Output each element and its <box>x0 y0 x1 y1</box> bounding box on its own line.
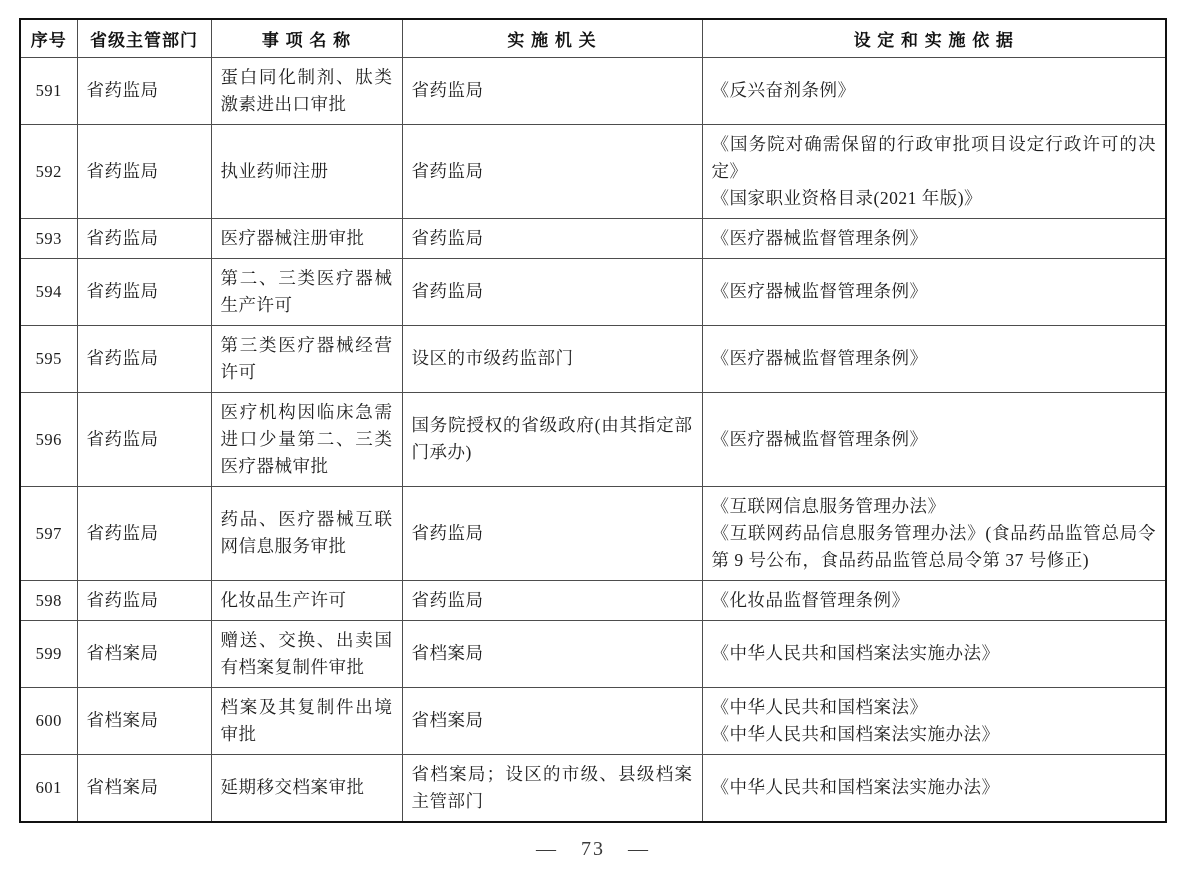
table-row: 596省药监局医疗机构因临床急需进口少量第二、三类医疗器械审批国务院授权的省级政… <box>20 392 1166 486</box>
cell-implementing-agency: 省药监局 <box>402 124 702 218</box>
cell-legal-basis: 《医疗器械监督管理条例》 <box>702 258 1166 325</box>
basis-line: 《互联网信息服务管理办法》 <box>712 493 1157 520</box>
table-row: 597省药监局药品、医疗器械互联网信息服务审批省药监局《互联网信息服务管理办法》… <box>20 486 1166 580</box>
cell-item-name: 医疗机构因临床急需进口少量第二、三类医疗器械审批 <box>211 392 402 486</box>
cell-implementing-agency: 省档案局 <box>402 620 702 687</box>
cell-item-name: 第二、三类医疗器械生产许可 <box>211 258 402 325</box>
table-body: 591省药监局蛋白同化制剂、肽类激素进出口审批省药监局《反兴奋剂条例》592省药… <box>20 57 1166 822</box>
document-page: 序号 省级主管部门 事 项 名 称 实 施 机 关 设 定 和 实 施 依 据 … <box>0 0 1186 883</box>
cell-provincial-department: 省药监局 <box>77 580 211 620</box>
cell-provincial-department: 省药监局 <box>77 486 211 580</box>
basis-line: 《化妆品监督管理条例》 <box>712 587 1157 614</box>
table-row: 595省药监局第三类医疗器械经营许可设区的市级药监部门《医疗器械监督管理条例》 <box>20 325 1166 392</box>
table-header: 序号 省级主管部门 事 项 名 称 实 施 机 关 设 定 和 实 施 依 据 <box>20 19 1166 57</box>
cell-legal-basis: 《中华人民共和国档案法》《中华人民共和国档案法实施办法》 <box>702 687 1166 754</box>
header-provincial-department: 省级主管部门 <box>77 19 211 57</box>
cell-implementing-agency: 国务院授权的省级政府(由其指定部门承办) <box>402 392 702 486</box>
cell-implementing-agency: 省药监局 <box>402 218 702 258</box>
basis-line: 《反兴奋剂条例》 <box>712 77 1157 104</box>
cell-item-name: 第三类医疗器械经营许可 <box>211 325 402 392</box>
basis-line: 《互联网药品信息服务管理办法》(食品药品监管总局令第 9 号公布，食品药品监管总… <box>712 520 1157 574</box>
table-header-row: 序号 省级主管部门 事 项 名 称 实 施 机 关 设 定 和 实 施 依 据 <box>20 19 1166 57</box>
cell-serial-number: 594 <box>20 258 77 325</box>
basis-line: 《医疗器械监督管理条例》 <box>712 225 1157 252</box>
basis-line: 《中华人民共和国档案法》 <box>712 694 1157 721</box>
cell-implementing-agency: 省药监局 <box>402 57 702 124</box>
cell-implementing-agency: 省药监局 <box>402 580 702 620</box>
cell-item-name: 档案及其复制件出境审批 <box>211 687 402 754</box>
cell-implementing-agency: 省药监局 <box>402 258 702 325</box>
basis-line: 《国家职业资格目录(2021 年版)》 <box>712 185 1157 212</box>
basis-line: 《医疗器械监督管理条例》 <box>712 278 1157 305</box>
cell-legal-basis: 《反兴奋剂条例》 <box>702 57 1166 124</box>
basis-line: 《中华人民共和国档案法实施办法》 <box>712 721 1157 748</box>
cell-legal-basis: 《互联网信息服务管理办法》《互联网药品信息服务管理办法》(食品药品监管总局令第 … <box>702 486 1166 580</box>
header-legal-basis: 设 定 和 实 施 依 据 <box>702 19 1166 57</box>
cell-item-name: 化妆品生产许可 <box>211 580 402 620</box>
cell-serial-number: 592 <box>20 124 77 218</box>
cell-provincial-department: 省药监局 <box>77 258 211 325</box>
page-number: — 73 — <box>0 838 1186 861</box>
table-row: 598省药监局化妆品生产许可省药监局《化妆品监督管理条例》 <box>20 580 1166 620</box>
cell-provincial-department: 省药监局 <box>77 218 211 258</box>
cell-item-name: 药品、医疗器械互联网信息服务审批 <box>211 486 402 580</box>
cell-provincial-department: 省档案局 <box>77 687 211 754</box>
cell-item-name: 赠送、交换、出卖国有档案复制件审批 <box>211 620 402 687</box>
cell-implementing-agency: 省档案局 <box>402 687 702 754</box>
cell-item-name: 蛋白同化制剂、肽类激素进出口审批 <box>211 57 402 124</box>
cell-item-name: 执业药师注册 <box>211 124 402 218</box>
approval-items-table: 序号 省级主管部门 事 项 名 称 实 施 机 关 设 定 和 实 施 依 据 … <box>19 18 1167 823</box>
table-row: 591省药监局蛋白同化制剂、肽类激素进出口审批省药监局《反兴奋剂条例》 <box>20 57 1166 124</box>
basis-line: 《中华人民共和国档案法实施办法》 <box>712 640 1157 667</box>
basis-line: 《医疗器械监督管理条例》 <box>712 345 1157 372</box>
cell-legal-basis: 《中华人民共和国档案法实施办法》 <box>702 754 1166 822</box>
cell-legal-basis: 《医疗器械监督管理条例》 <box>702 325 1166 392</box>
table-row: 593省药监局医疗器械注册审批省药监局《医疗器械监督管理条例》 <box>20 218 1166 258</box>
cell-implementing-agency: 省药监局 <box>402 486 702 580</box>
cell-provincial-department: 省档案局 <box>77 620 211 687</box>
basis-line: 《医疗器械监督管理条例》 <box>712 426 1157 453</box>
table-row: 599省档案局赠送、交换、出卖国有档案复制件审批省档案局《中华人民共和国档案法实… <box>20 620 1166 687</box>
basis-line: 《国务院对确需保留的行政审批项目设定行政许可的决定》 <box>712 131 1157 185</box>
cell-serial-number: 598 <box>20 580 77 620</box>
cell-serial-number: 600 <box>20 687 77 754</box>
cell-serial-number: 595 <box>20 325 77 392</box>
cell-serial-number: 593 <box>20 218 77 258</box>
cell-serial-number: 591 <box>20 57 77 124</box>
cell-serial-number: 597 <box>20 486 77 580</box>
table-row: 594省药监局第二、三类医疗器械生产许可省药监局《医疗器械监督管理条例》 <box>20 258 1166 325</box>
basis-line: 《中华人民共和国档案法实施办法》 <box>712 774 1157 801</box>
table-row: 601省档案局延期移交档案审批省档案局；设区的市级、县级档案主管部门《中华人民共… <box>20 754 1166 822</box>
cell-serial-number: 599 <box>20 620 77 687</box>
cell-legal-basis: 《化妆品监督管理条例》 <box>702 580 1166 620</box>
cell-legal-basis: 《国务院对确需保留的行政审批项目设定行政许可的决定》《国家职业资格目录(2021… <box>702 124 1166 218</box>
cell-provincial-department: 省药监局 <box>77 392 211 486</box>
header-serial-number: 序号 <box>20 19 77 57</box>
cell-legal-basis: 《医疗器械监督管理条例》 <box>702 392 1166 486</box>
header-implementing-agency: 实 施 机 关 <box>402 19 702 57</box>
cell-implementing-agency: 设区的市级药监部门 <box>402 325 702 392</box>
cell-provincial-department: 省药监局 <box>77 57 211 124</box>
cell-legal-basis: 《医疗器械监督管理条例》 <box>702 218 1166 258</box>
table-row: 600省档案局档案及其复制件出境审批省档案局《中华人民共和国档案法》《中华人民共… <box>20 687 1166 754</box>
cell-item-name: 医疗器械注册审批 <box>211 218 402 258</box>
cell-item-name: 延期移交档案审批 <box>211 754 402 822</box>
cell-legal-basis: 《中华人民共和国档案法实施办法》 <box>702 620 1166 687</box>
cell-provincial-department: 省档案局 <box>77 754 211 822</box>
cell-provincial-department: 省药监局 <box>77 325 211 392</box>
cell-serial-number: 601 <box>20 754 77 822</box>
cell-serial-number: 596 <box>20 392 77 486</box>
table-row: 592省药监局执业药师注册省药监局《国务院对确需保留的行政审批项目设定行政许可的… <box>20 124 1166 218</box>
header-item-name: 事 项 名 称 <box>211 19 402 57</box>
cell-provincial-department: 省药监局 <box>77 124 211 218</box>
cell-implementing-agency: 省档案局；设区的市级、县级档案主管部门 <box>402 754 702 822</box>
